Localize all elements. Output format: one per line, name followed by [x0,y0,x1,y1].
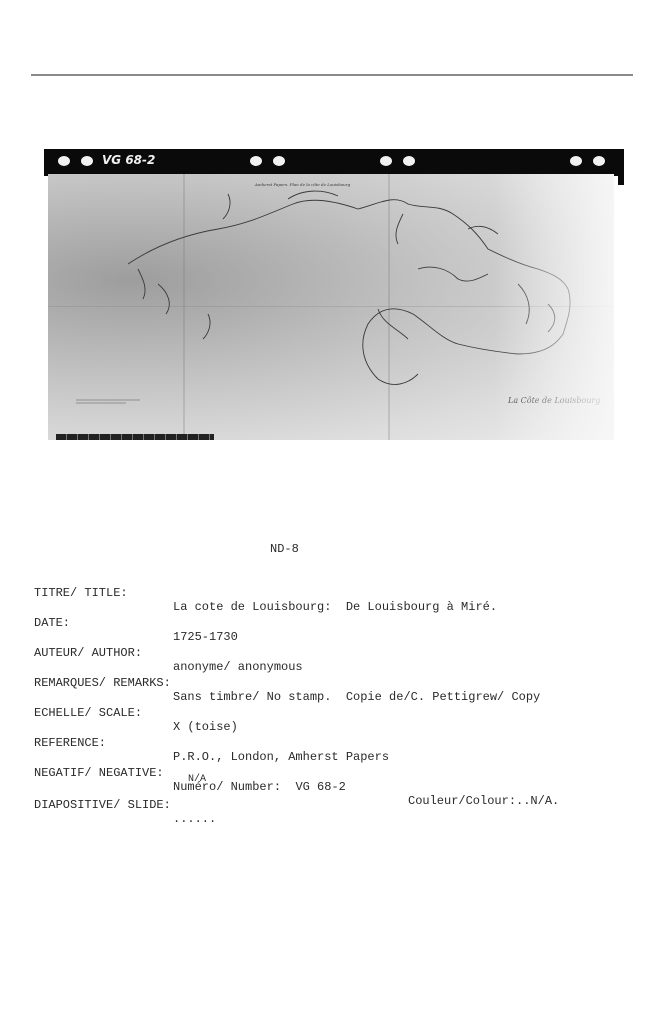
slide-value: N/A [188,774,206,785]
map-cartouche: La Côte de Louisbourg [508,396,600,405]
film-strip-edge [618,149,624,185]
colour-suffix: . [552,794,559,808]
sprocket-hole-icon [593,156,605,166]
record-id: ND-8 [270,542,299,556]
slide-dots: ...... [173,812,216,826]
field-value: anonyme/ anonymous [173,660,303,674]
sprocket-hole-icon [403,156,415,166]
sprocket-hole-icon [570,156,582,166]
field-slide: DIAPOSITIVE/ SLIDE: ...... N/A [34,784,48,840]
field-label: AUTEUR/ AUTHOR: [34,646,142,660]
field-label: ECHELLE/ SCALE: [34,706,142,720]
microfilm-frame: VG 68-2 Amherst Papers. Plan de la côte … [44,149,624,445]
field-value: X (toise) [173,720,238,734]
negative-label: VG 68-2 [102,153,155,167]
colour-value: N/A [530,794,552,808]
scale-bar [56,434,214,440]
sprocket-hole-icon [81,156,93,166]
coastline-drawing [48,174,614,440]
field-value: 1725-1730 [173,630,238,644]
field-label: TITRE/ TITLE: [34,586,128,600]
sprocket-hole-icon [250,156,262,166]
field-label: NEGATIF/ NEGATIVE: [34,766,164,780]
sprocket-hole-icon [58,156,70,166]
historic-map-image: Amherst Papers. Plan de la côte de Louis… [48,174,614,440]
field-label: DIAPOSITIVE/ SLIDE: [34,798,171,812]
colour-label: Couleur/Colour:.. [408,794,530,808]
top-rule [31,74,633,76]
colour-field: Couleur/Colour:..N/A. [408,794,559,808]
field-value: ...... [173,812,216,826]
field-label: REMARQUES/ REMARKS: [34,676,171,690]
field-value: Sans timbre/ No stamp. Copie de/C. Petti… [173,690,540,704]
field-value: La cote de Louisbourg: De Louisbourg à M… [173,600,497,614]
field-label: REFERENCE: [34,736,106,750]
field-label: DATE: [34,616,70,630]
sprocket-hole-icon [380,156,392,166]
negative-number: VG 68-2 [295,780,345,794]
film-strip: VG 68-2 [44,149,624,176]
sprocket-hole-icon [273,156,285,166]
